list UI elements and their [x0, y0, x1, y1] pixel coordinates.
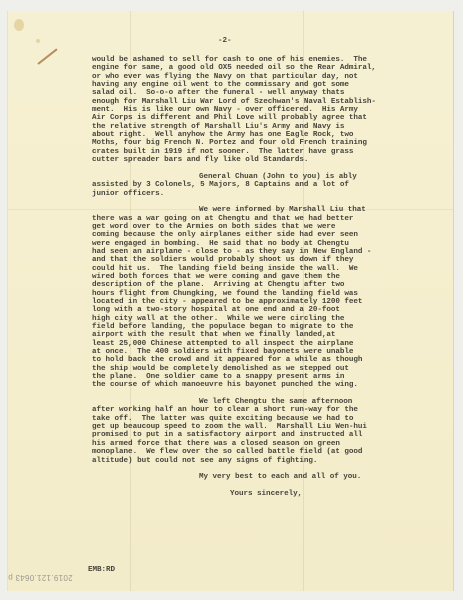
- text-line: to hold back the crowd and it appeared f…: [92, 356, 376, 364]
- text-line: his armed force that there was a closed …: [92, 440, 376, 448]
- text-line: the relative strength of Marshall Liu's …: [92, 123, 376, 131]
- text-line: Air Corps is different and Phil Love wil…: [92, 114, 376, 122]
- text-line: cutter spreader bars and fly like old St…: [92, 156, 376, 164]
- paragraph-gap: [92, 390, 376, 398]
- text-line: were engaged in bombing. He said that no…: [92, 240, 376, 248]
- text-line: at once. The 400 soldiers with fixed bay…: [92, 348, 376, 356]
- text-line: airport with the result that when we fin…: [92, 331, 376, 339]
- text-line: high city wall at the other. While we we…: [92, 315, 376, 323]
- letter-body: would be ashamed to sell for cash to one…: [92, 56, 376, 498]
- text-line: there was a war going on at Chengtu and …: [92, 215, 376, 223]
- text-line: the ship would be completely demolished …: [92, 365, 376, 373]
- page-number: -2-: [218, 37, 232, 45]
- text-line: ment. His is like our own Navy - over of…: [92, 106, 376, 114]
- text-line: monoplane. We flew over the so called ba…: [92, 448, 376, 456]
- text-line: take off. The latter was quite exciting …: [92, 415, 376, 423]
- text-line: coming because the only airplanes either…: [92, 231, 376, 239]
- paragraph-gap: [92, 198, 376, 206]
- text-line: could hit us. The landing field being in…: [92, 265, 376, 273]
- closing-line: My very best to each and all of you.: [92, 473, 376, 481]
- text-line: hours flight from Chungking, we found th…: [92, 290, 376, 298]
- archival-pencil-note: 2019.121.0643 p: [8, 573, 73, 582]
- text-line: having any engine oil went to the commis…: [92, 81, 376, 89]
- text-line: We were informed by Marshall Liu that: [92, 206, 376, 214]
- text-line: and that the soldiers would probably sho…: [92, 256, 376, 264]
- paper-stain: [14, 19, 24, 31]
- text-line: enough for Marshall Liu War Lord of Szec…: [92, 98, 376, 106]
- text-line: assisted by 3 Colonels, 5 Majors, 8 Capt…: [92, 181, 376, 189]
- text-line: had seen an airplane - close to - as the…: [92, 248, 376, 256]
- text-line: promised to put in a satisfactory airpor…: [92, 431, 376, 439]
- text-line: wired both forces that we were coming an…: [92, 273, 376, 281]
- signoff-line: Yours sincerely,: [92, 490, 376, 498]
- paragraph-gap: [92, 164, 376, 172]
- paper-stain: [36, 39, 40, 43]
- text-line: crates built in 1919 if not sooner. The …: [92, 148, 376, 156]
- text-line: engine for same, a good old OX5 needed o…: [92, 64, 376, 72]
- text-line: get word over to the Armies on both side…: [92, 223, 376, 231]
- text-line: We left Chengtu the same afternoon: [92, 398, 376, 406]
- text-line: or who ever was flying the Navy on that …: [92, 73, 376, 81]
- text-line: would be ashamed to sell for cash to one…: [92, 56, 376, 64]
- text-line: get up beaucoup speed to zoom the wall. …: [92, 423, 376, 431]
- text-line: the plane. One soldier came to a snappy …: [92, 373, 376, 381]
- text-line: junior officers.: [92, 190, 376, 198]
- text-line: salad oil. So-o-o after the funeral - we…: [92, 89, 376, 97]
- text-line: located in the city - appeared to be app…: [92, 298, 376, 306]
- text-line: least 25,000 Chinese attempted to all in…: [92, 340, 376, 348]
- text-line: about right. Well anyhow the Army has on…: [92, 131, 376, 139]
- text-line: after working half an hour to clear a sh…: [92, 406, 376, 414]
- typist-initials: EMB:RD: [88, 566, 115, 574]
- text-line: the course of which manoeuvre his bayone…: [92, 381, 376, 389]
- text-line: description of the plane. Arriving at Ch…: [92, 281, 376, 289]
- text-line: long with a two-story hospital at one en…: [92, 306, 376, 314]
- paper-tear-mark: [37, 48, 57, 64]
- text-line: field before landing, the populace began…: [92, 323, 376, 331]
- text-line: Moths, four big French N. Portez and fou…: [92, 139, 376, 147]
- text-line: General Chuan (John to you) is ably: [92, 173, 376, 181]
- text-line: altitude) but could not see any signs of…: [92, 457, 376, 465]
